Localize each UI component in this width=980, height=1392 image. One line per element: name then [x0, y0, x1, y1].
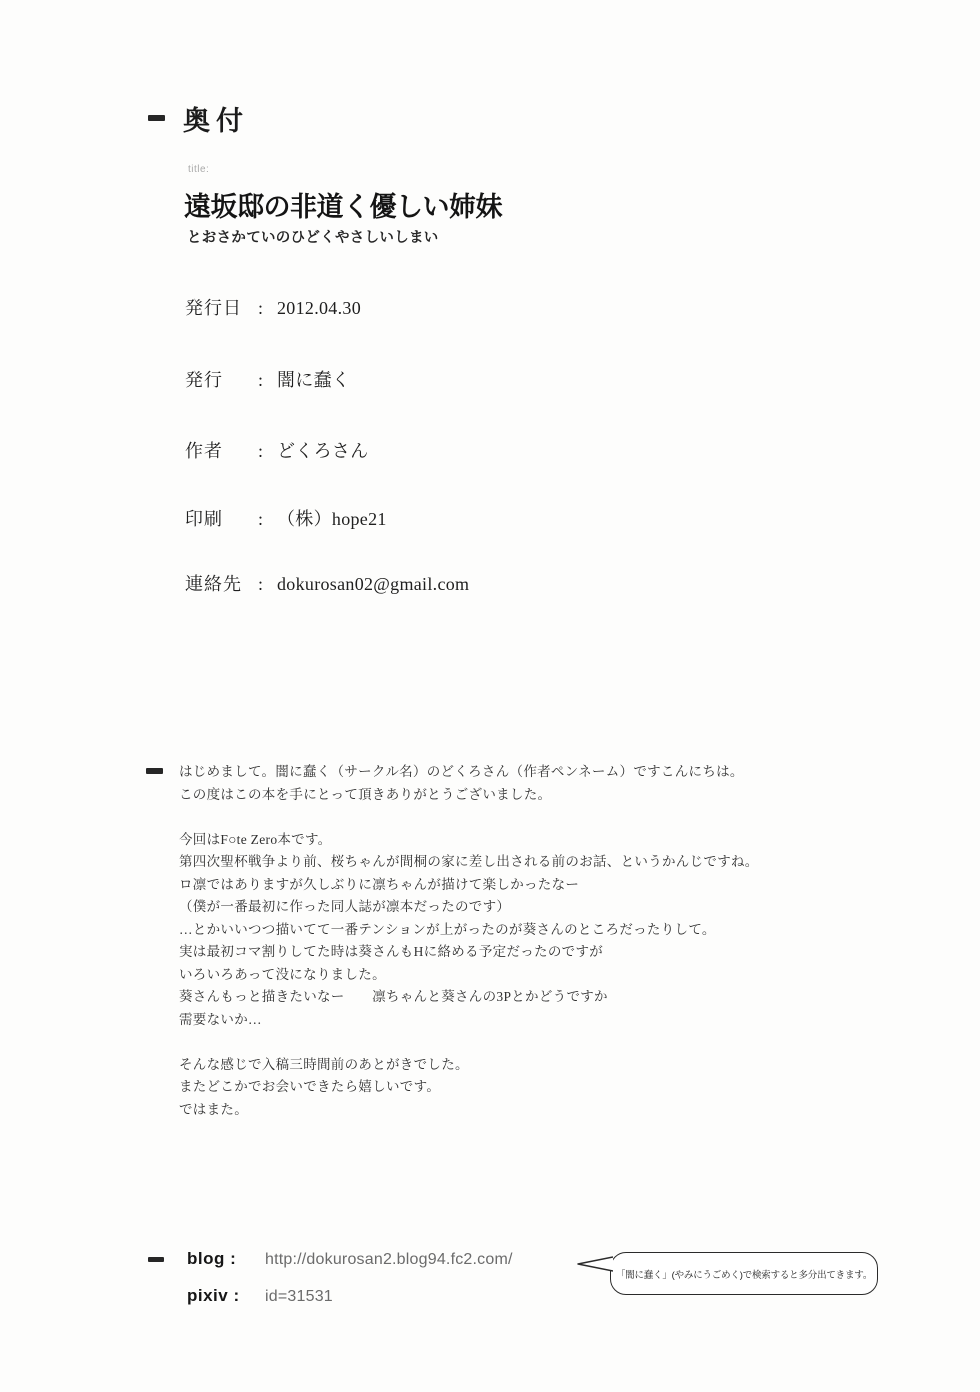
pixiv-label: pixiv :	[187, 1286, 265, 1306]
section-marker-dash	[146, 768, 163, 774]
title-caption: title:	[188, 164, 209, 175]
colophon-email: dokurosan02@gmail.com	[277, 574, 469, 595]
speech-bubble: 「闇に蠢く」(やみにうごめく)で検索すると多分出てきます。	[610, 1252, 878, 1295]
afterword-line: ではまた。	[179, 1099, 759, 1122]
afterword-line	[179, 1031, 759, 1054]
afterword-line: はじめまして。闇に蠢く（サークル名）のどくろさん（作者ペンネーム）ですこんにちは…	[179, 761, 759, 784]
book-title: 遠坂邸の非道く優しい姉妹	[184, 185, 502, 224]
colophon-value: どくろさん	[277, 437, 369, 463]
colophon-label: 発行	[185, 366, 258, 392]
afterword-line: いろいろあって没になりました。	[179, 964, 759, 987]
afterword-line: （僕が一番最初に作った同人誌が凛本だったのです）	[179, 896, 759, 919]
blog-label: blog :	[187, 1249, 265, 1269]
blog-url: http://dokurosan2.blog94.fc2.com/	[265, 1251, 513, 1269]
section-marker-dash	[148, 115, 165, 121]
page-title: 奥付	[183, 99, 249, 138]
colophon-colon: :	[258, 509, 277, 530]
afterword-line: …とかいいつつ描いてて一番テンションが上がったのが葵さんのところだったりして。	[179, 919, 759, 942]
colophon-value: 2012.04.30	[277, 298, 361, 319]
afterword-line: この度はこの本を手にとって頂きありがとうございました。	[179, 784, 759, 807]
afterword-text: はじめまして。闇に蠢く（サークル名）のどくろさん（作者ペンネーム）ですこんにちは…	[179, 761, 759, 1121]
colophon-label: 印刷	[185, 505, 258, 531]
colophon-value: （株）hope21	[277, 505, 387, 531]
colophon-colon: :	[258, 298, 277, 319]
blog-link-row: blog : http://dokurosan2.blog94.fc2.com/	[187, 1249, 513, 1269]
colophon-colon: :	[258, 574, 277, 595]
pixiv-link-row: pixiv : id=31531	[187, 1286, 333, 1306]
colophon-row-publish-date: 発行日 : 2012.04.30	[185, 294, 361, 320]
colophon-row-printer: 印刷 : （株）hope21	[185, 505, 387, 531]
speech-bubble-text: 「闇に蠢く」(やみにうごめく)で検索すると多分出てきます。	[616, 1267, 872, 1281]
afterword-line: 今回はF○te Zero本です。	[179, 829, 759, 852]
afterword-line: 葵さんもっと描きたいなー 凛ちゃんと葵さんの3Pとかどうですか	[179, 986, 759, 1009]
afterword-line: 第四次聖杯戦争より前、桜ちゃんが間桐の家に差し出される前のお話、というかんじです…	[179, 851, 759, 874]
colophon-colon: :	[258, 370, 277, 391]
pixiv-id: id=31531	[265, 1288, 333, 1306]
afterword-line: またどこかでお会いできたら嬉しいです。	[179, 1076, 759, 1099]
afterword-line: そんな感じで入稿三時間前のあとがきでした。	[179, 1054, 759, 1077]
colophon-value: 闇に蠢く	[277, 366, 350, 392]
section-marker-dash	[148, 1257, 164, 1262]
speech-bubble-tail	[576, 1255, 613, 1273]
afterword-line: 需要ないか…	[179, 1009, 759, 1032]
afterword-line	[179, 806, 759, 829]
book-title-reading: とおさかていのひどくやさしいしまい	[187, 226, 439, 247]
afterword-line: ロ凛ではありますが久しぶりに凛ちゃんが描けて楽しかったなー	[179, 874, 759, 897]
colophon-label: 連絡先	[185, 570, 258, 596]
colophon-row-author: 作者 : どくろさん	[185, 437, 369, 463]
colophon-colon: :	[258, 441, 277, 462]
colophon-row-contact: 連絡先 : dokurosan02@gmail.com	[185, 570, 469, 596]
colophon-label: 発行日	[185, 294, 258, 320]
colophon-label: 作者	[185, 437, 258, 463]
colophon-page: 奥付 title: 遠坂邸の非道く優しい姉妹 とおさかていのひどくやさしいしまい…	[0, 0, 980, 1392]
colophon-row-publisher: 発行 : 闇に蠢く	[185, 366, 350, 392]
afterword-line: 実は最初コマ割りしてた時は葵さんもHに絡める予定だったのですが	[179, 941, 759, 964]
